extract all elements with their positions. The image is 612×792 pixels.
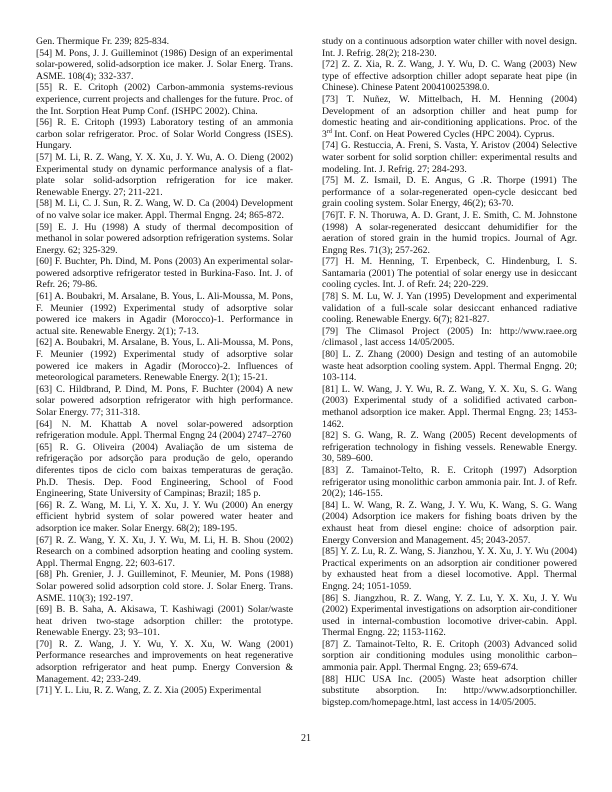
references-right-column: study on a continuous adsorption water c… [322,36,577,708]
reference-text: R. E. Critoph (1993) Laboratory testing … [36,117,293,151]
reference-number: [64] [36,419,52,430]
reference-continuation: Gen. Thermique Fr. 239; 825-834. [36,36,293,48]
reference-text: E. J. Hu (1998) A study of thermal decom… [36,222,293,256]
reference-80: [80] L. Z. Zhang (2000) Design and testi… [322,349,577,384]
reference-number: [88] [322,674,338,685]
reference-text: R. Z. Wang, M. Li, Y. X. Xu, J. Y. Wu (2… [36,500,293,534]
reference-number: [87] [322,639,338,650]
reference-88: [88] HIJC USA Inc. (2005) Waste heat ads… [322,674,577,709]
reference-68: [68] Ph. Grenier, J. J. Guilleminot, F. … [36,569,293,604]
reference-73: [73] T. Nuñez, W. Mittelbach, H. M. Henn… [322,94,577,140]
reference-text: Z. Tamainot-Telto, R. E. Critoph (1997) … [322,465,577,499]
reference-61: [61] A. Boubakri, M. Arsalane, B. Yous, … [36,291,293,337]
reference-number: [55] [36,82,52,93]
reference-77: [77] H. M. Henning, T. Erpenbeck, C. Hin… [322,256,577,291]
reference-text: M. Z. Ismail, D. E. Angus, G .R. Thorpe … [322,175,577,209]
reference-62: [62] A. Boubakri, M. Arsalane, B. Yous, … [36,337,293,383]
reference-text: R. Z. Wang, J. Y. Wu, Y. X. Xu, W. Wang … [36,639,293,685]
reference-number: [81] [322,384,338,395]
reference-text: R. G. Oliveira (2004) Avaliação de um si… [36,442,293,499]
reference-text: L. W. Wang, R. Z. Wang, J. Y. Wu, K. Wan… [322,500,577,546]
reference-86: [86] S. Jiangzhou, R. Z. Wang, Y. Z. Lu,… [322,593,577,639]
reference-number: [65] [36,442,52,453]
reference-number: [72] [322,59,338,70]
reference-number: [61] [36,291,52,302]
reference-number: [86] [322,593,338,604]
reference-76: [76]T. F. N. Thoruwa, A. D. Grant, J. E.… [322,210,577,256]
reference-71: [71] Y. L. Liu, R. Z. Wang, Z. Z. Xia (2… [36,685,293,697]
reference-text: A. Boubakri, M. Arsalane, B. Yous, L. Al… [36,337,293,383]
reference-text: R. E. Critoph (2002) Carbon-ammonia syst… [36,82,293,116]
reference-number: [79] [322,326,338,337]
reference-text: L. W. Wang, J. Y. Wu, R. Z. Wang, Y. X. … [322,384,577,430]
reference-66: [66] R. Z. Wang, M. Li, Y. X. Xu, J. Y. … [36,500,293,535]
reference-text: N. M. Khattab A novel solar-powered adso… [36,419,293,442]
reference-83: [83] Z. Tamainot-Telto, R. E. Critoph (1… [322,465,577,500]
reference-58: [58] M. Li, C. J. Sun, R. Z. Wang, W. D.… [36,198,293,221]
reference-number: [57] [36,152,52,163]
reference-number: [77] [322,256,338,267]
reference-text: The Climasol Project (2005) In: http://w… [322,326,577,349]
reference-55: [55] R. E. Critoph (2002) Carbon-ammonia… [36,82,293,117]
reference-text: HIJC USA Inc. (2005) Waste heat adsorpti… [322,674,577,708]
reference-number: [62] [36,337,52,348]
reference-text: L. Z. Zhang (2000) Design and testing of… [322,349,577,383]
page-number: 21 [0,733,612,745]
reference-54: [54] M. Pons, J. J. Guilleminot (1986) D… [36,48,293,83]
reference-70: [70] R. Z. Wang, J. Y. Wu, Y. X. Xu, W. … [36,639,293,685]
reference-87: [87] Z. Tamainot-Telto, R. E. Critoph (2… [322,639,577,674]
reference-number: [71] [36,685,52,696]
reference-65: [65] R. G. Oliveira (2004) Avaliação de … [36,442,293,500]
reference-text: Y. L. Liu, R. Z. Wang, Z. Z. Xia (2005) … [54,685,261,696]
reference-text: T. F. N. Thoruwa, A. D. Grant, J. E. Smi… [322,210,577,256]
document-page: Gen. Thermique Fr. 239; 825-834. [54] M.… [0,0,612,792]
reference-text: M. Li, R. Z. Wang, Y. X. Xu, J. Y. Wu, A… [36,152,293,198]
reference-78: [78] S. M. Lu, W. J. Yan (1995) Developm… [322,291,577,326]
reference-number: [70] [36,639,52,650]
reference-number: [80] [322,349,338,360]
reference-82: [82] S. G. Wang, R. Z. Wang (2005) Recen… [322,430,577,465]
reference-number: [60] [36,256,52,267]
reference-text: H. M. Henning, T. Erpenbeck, C. Hindenbu… [322,256,577,290]
reference-63: [63] C. Hildbrand, P. Dind, M. Pons, F. … [36,384,293,419]
reference-number: [59] [36,222,52,233]
reference-67: [67] R. Z. Wang, Y. X. Xu, J. Y. Wu, M. … [36,535,293,570]
reference-number: [73] [322,94,338,105]
reference-85: [85] Y. Z. Lu, R. Z. Wang, S. Jianzhou, … [322,546,577,592]
reference-number: [69] [36,604,52,615]
reference-number: [82] [322,430,338,441]
reference-number: [66] [36,500,52,511]
reference-72: [72] Z. Z. Xia, R. Z. Wang, J. Y. Wu, D.… [322,59,577,94]
reference-number: [85] [322,546,338,557]
reference-text: S. G. Wang, R. Z. Wang (2005) Recent dev… [322,430,577,464]
reference-57: [57] M. Li, R. Z. Wang, Y. X. Xu, J. Y. … [36,152,293,198]
reference-text: B. B. Saha, A. Akisawa, T. Kashiwagi (20… [36,604,293,638]
reference-number: [83] [322,465,338,476]
reference-text: A. Boubakri, M. Arsalane, B. Yous, L. Al… [36,291,293,337]
reference-text: C. Hildbrand, P. Dind, M. Pons, F. Bucht… [36,384,293,418]
reference-81: [81] L. W. Wang, J. Y. Wu, R. Z. Wang, Y… [322,384,577,430]
reference-number: [67] [36,535,52,546]
reference-number: [74] [322,140,338,151]
reference-74: [74] G. Restuccia, A. Freni, S. Vasta, Y… [322,140,577,175]
reference-79: [79] The Climasol Project (2005) In: htt… [322,326,577,349]
reference-text: Y. Z. Lu, R. Z. Wang, S. Jianzhou, Y. X.… [322,546,577,592]
reference-number: [76] [322,210,338,221]
reference-59: [59] E. J. Hu (1998) A study of thermal … [36,222,293,257]
references-left-column: Gen. Thermique Fr. 239; 825-834. [54] M.… [36,36,293,697]
reference-text: Int. Conf. on Heat Powered Cycles (HPC 2… [332,129,555,140]
reference-text: S. M. Lu, W. J. Yan (1995) Development a… [322,291,577,325]
reference-text: M. Pons, J. J. Guilleminot (1986) Design… [36,48,293,82]
reference-number: [54] [36,48,52,59]
reference-69: [69] B. B. Saha, A. Akisawa, T. Kashiwag… [36,604,293,639]
reference-84: [84] L. W. Wang, R. Z. Wang, J. Y. Wu, K… [322,500,577,546]
reference-60: [60] F. Buchter, Ph. Dind, M. Pons (2003… [36,256,293,291]
reference-number: [78] [322,291,338,302]
reference-number: [56] [36,117,52,128]
reference-56: [56] R. E. Critoph (1993) Laboratory tes… [36,117,293,152]
reference-number: [68] [36,569,52,580]
reference-number: [58] [36,198,52,209]
reference-number: [63] [36,384,52,395]
reference-text: F. Buchter, Ph. Dind, M. Pons (2003) An … [36,256,293,290]
reference-number: [84] [322,500,338,511]
reference-64: [64] N. M. Khattab A novel solar-powered… [36,419,293,442]
reference-text: Ph. Grenier, J. J. Guilleminot, F. Meuni… [36,569,293,603]
reference-number: [75] [322,175,338,186]
reference-text: G. Restuccia, A. Freni, S. Vasta, Y. Ari… [322,140,577,174]
reference-text: S. Jiangzhou, R. Z. Wang, Y. Z. Lu, Y. X… [322,593,577,639]
reference-text: Z. Z. Xia, R. Z. Wang, J. Y. Wu, D. C. W… [322,59,577,93]
reference-text: M. Li, C. J. Sun, R. Z. Wang, W. D. Ca (… [36,198,293,221]
reference-text: Z. Tamainot-Telto, R. E. Critoph (2003) … [322,639,577,673]
reference-continuation: study on a continuous adsorption water c… [322,36,577,59]
reference-75: [75] M. Z. Ismail, D. E. Angus, G .R. Th… [322,175,577,210]
reference-text: R. Z. Wang, Y. X. Xu, J. Y. Wu, M. Li, H… [36,535,293,569]
